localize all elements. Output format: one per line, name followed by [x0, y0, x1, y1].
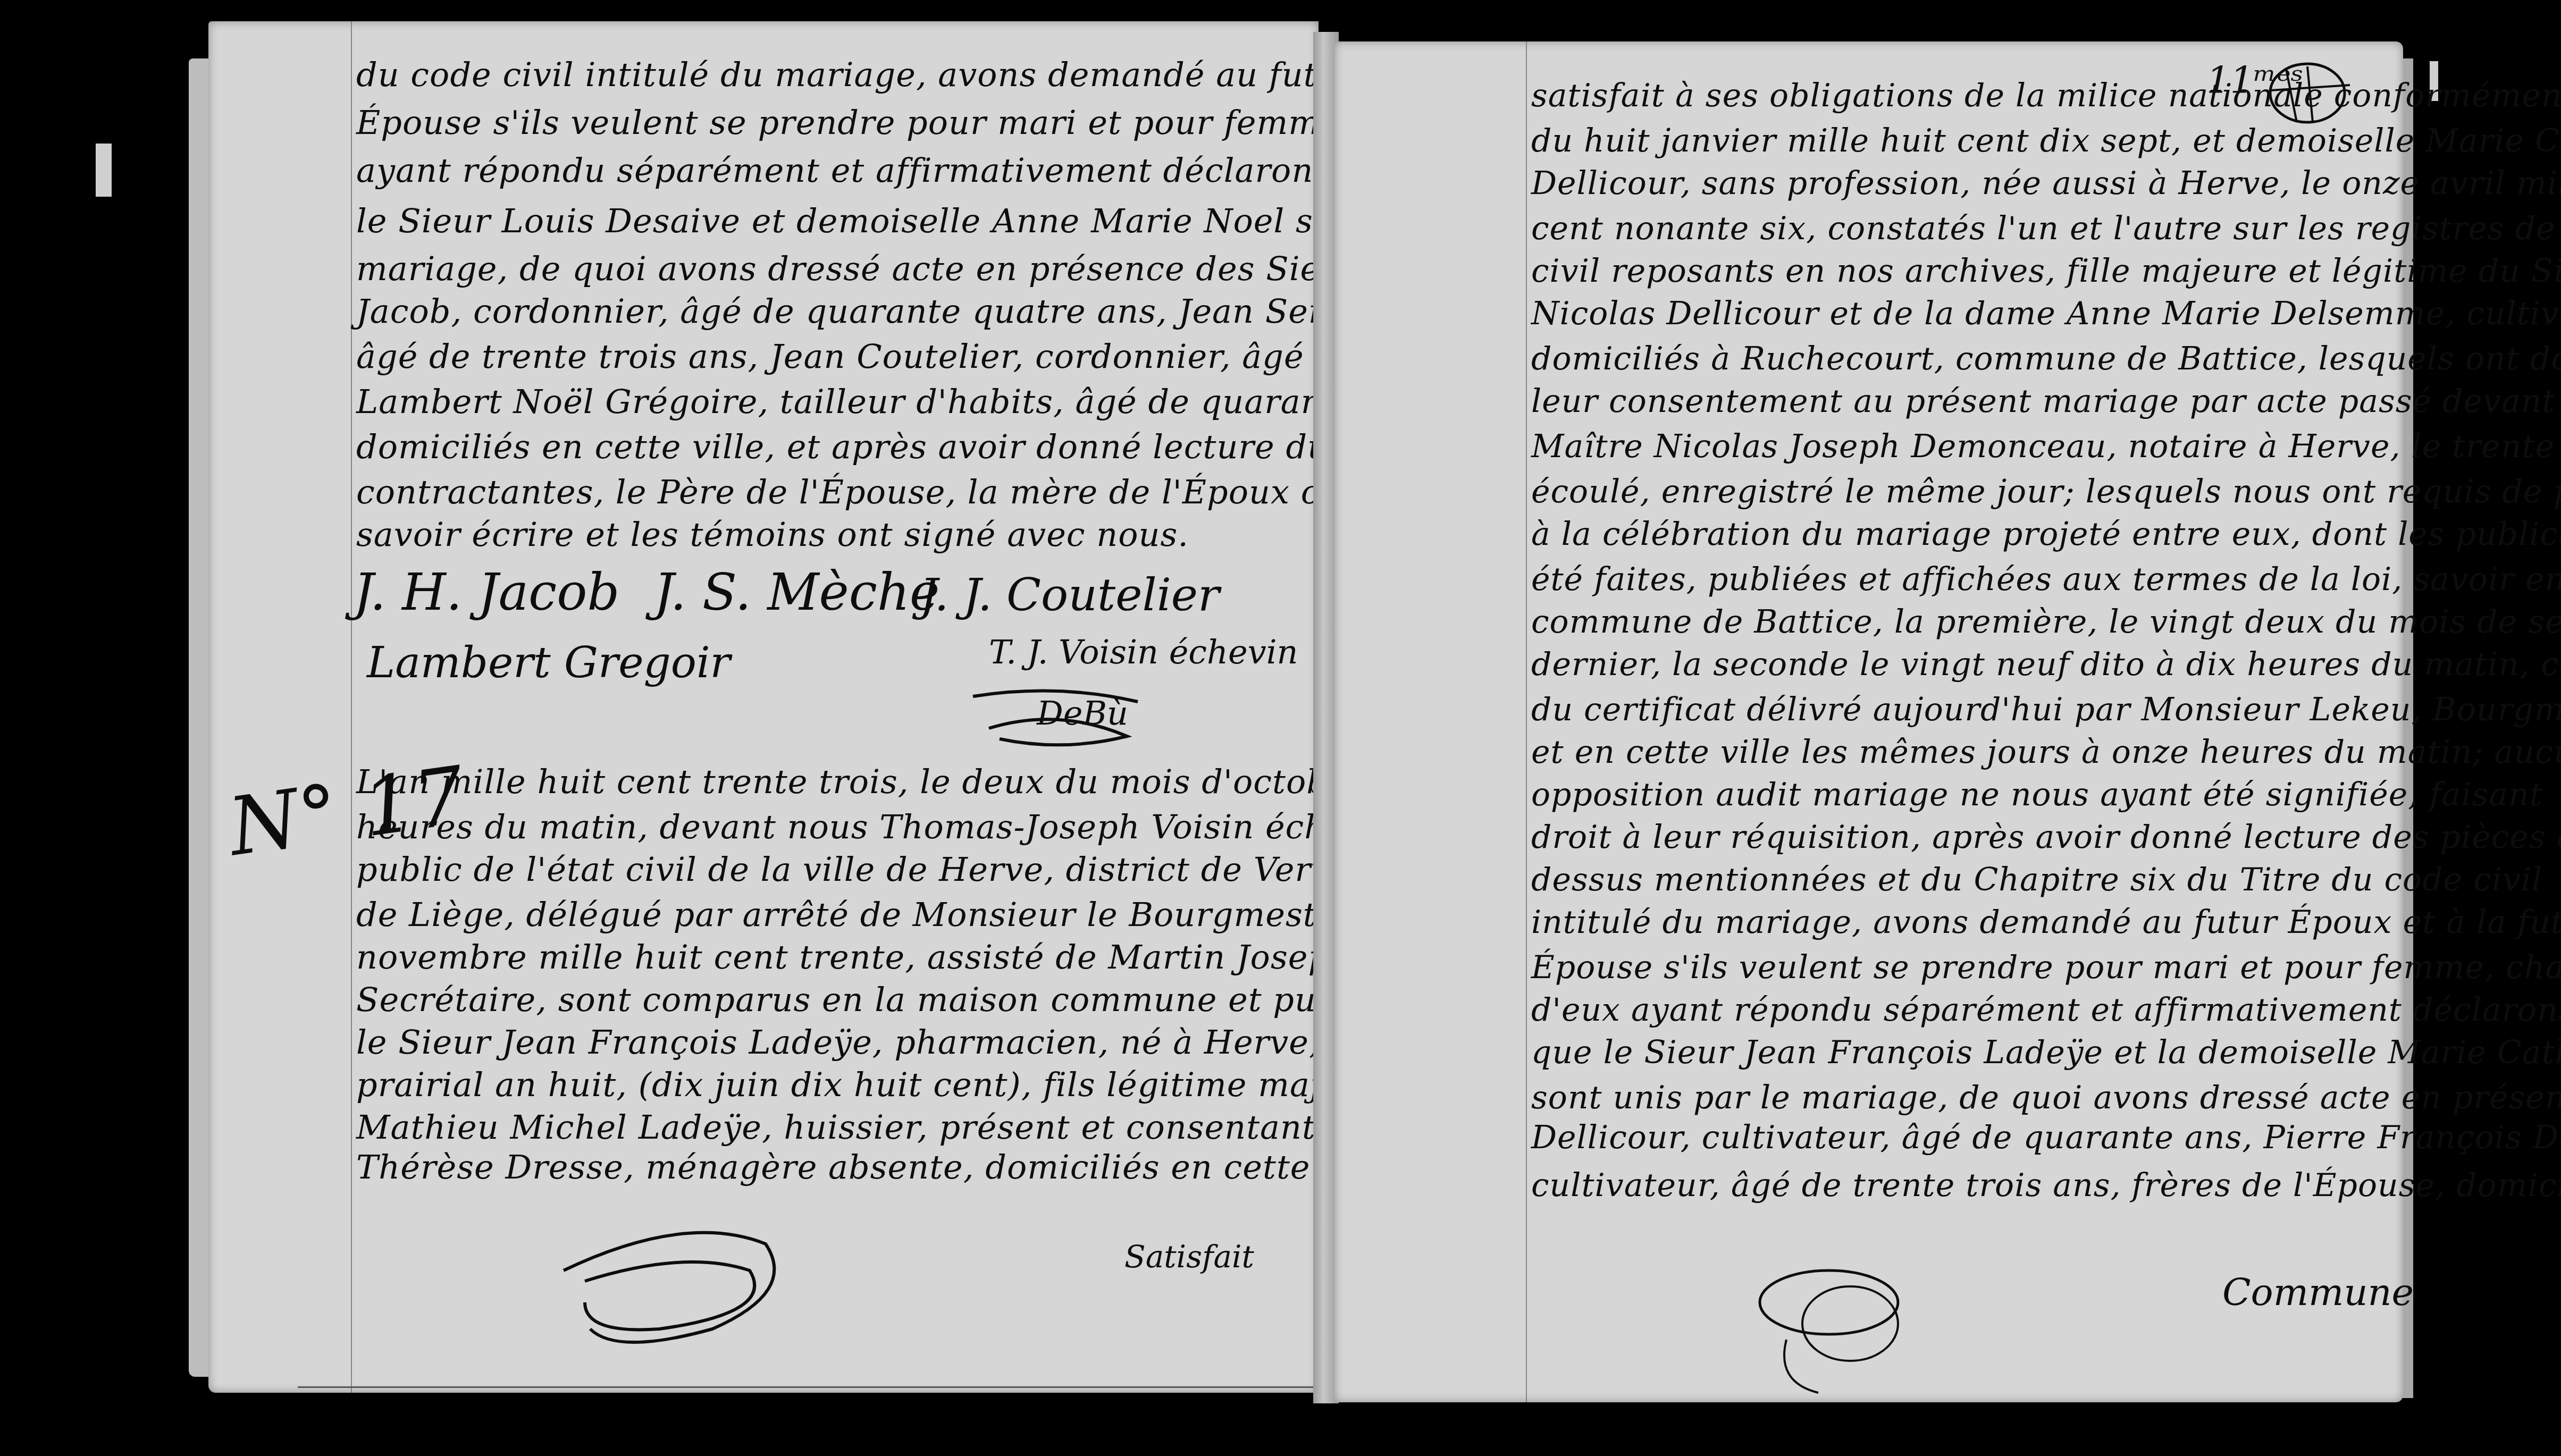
text-line: droit à leur réquisition, après avoir do…	[1531, 821, 2561, 853]
text-line: été faites, publiées et affichées aux te…	[1531, 563, 2561, 595]
text-line: opposition audit mariage ne nous ayant é…	[1531, 779, 2543, 811]
text-line: et en cette ville les mêmes jours à onze…	[1531, 736, 2561, 768]
paraph-flourish-icon	[968, 686, 1148, 755]
text-line: Maître Nicolas Joseph Demonceau, notaire…	[1531, 431, 2561, 462]
text-line: commune de Battice, la première, le ving…	[1531, 606, 2561, 638]
margin-rule	[1526, 41, 1527, 1402]
text-line: Dellicour, sans profession, née aussi à …	[1531, 167, 2561, 199]
text-line: novembre mille huit cent trente, assisté…	[356, 941, 1456, 974]
text-line: du certificat délivré aujourd'hui par Mo…	[1531, 694, 2561, 726]
text-line: à la célébration du mariage projeté entr…	[1531, 518, 2561, 550]
signature-witness: J. H. Jacob	[354, 563, 619, 622]
paraph-flourish-icon	[1754, 1260, 1946, 1398]
text-line: satisfait à ses obligations de la milice…	[1531, 80, 2561, 112]
signature-witness: J. J. Coutelier	[920, 569, 1220, 621]
text-line: écoulé, enregistré le même jour; lesquel…	[1531, 476, 2561, 508]
text-line: Épouse s'ils veulent se prendre pour mar…	[1531, 952, 2561, 983]
text-line: dessus mentionnées et du Chapitre six du…	[1531, 864, 2542, 896]
page-bottom-edge	[298, 1386, 1319, 1388]
page-edge-stack	[189, 58, 210, 1377]
text-line: sont unis par le mariage, de quoi avons …	[1531, 1082, 2561, 1114]
signature-witness: Lambert Gregoir	[367, 638, 730, 687]
text-line: cultivateur, âgé de trente trois ans, fr…	[1531, 1169, 2561, 1201]
margin-rule	[351, 21, 352, 1393]
text-line: civil reposants en nos archives, fille m…	[1531, 255, 2561, 287]
text-line: du huit janvier mille huit cent dix sept…	[1531, 125, 2561, 157]
text-line: cent nonante six, constatés l'un et l'au…	[1531, 213, 2561, 245]
text-line: L'an mille huit cent trente trois, le de…	[356, 765, 1480, 798]
signature-witness: J. S. Mèche	[654, 563, 939, 622]
page-tab-marker	[96, 144, 112, 197]
text-line: que le Sieur Jean François Ladeÿe et la …	[1531, 1037, 2561, 1068]
text-line: d'eux ayant répondu séparément et affirm…	[1531, 994, 2561, 1026]
paraph-flourish-icon	[553, 1223, 851, 1361]
text-line: Nicolas Dellicour et de la dame Anne Mar…	[1531, 298, 2561, 330]
catchword: Commune	[2222, 1270, 2414, 1314]
text-line: savoir écrire et les témoins ont signé a…	[356, 518, 1189, 551]
text-line: leur consentement au présent mariage par…	[1531, 385, 2555, 417]
text-line: intitulé du mariage, avons demandé au fu…	[1531, 906, 2561, 938]
text-line: dernier, la seconde le vingt neuf dito à…	[1531, 649, 2561, 680]
signature-officer: T. J. Voisin échevin	[989, 633, 1298, 671]
margin-note-satisfait: Satisfait	[1124, 1239, 1254, 1275]
text-line: domiciliés à Ruchecourt, commune de Batt…	[1531, 343, 2561, 375]
text-line: Dellicour, cultivateur, âgé de quarante …	[1531, 1122, 2561, 1154]
